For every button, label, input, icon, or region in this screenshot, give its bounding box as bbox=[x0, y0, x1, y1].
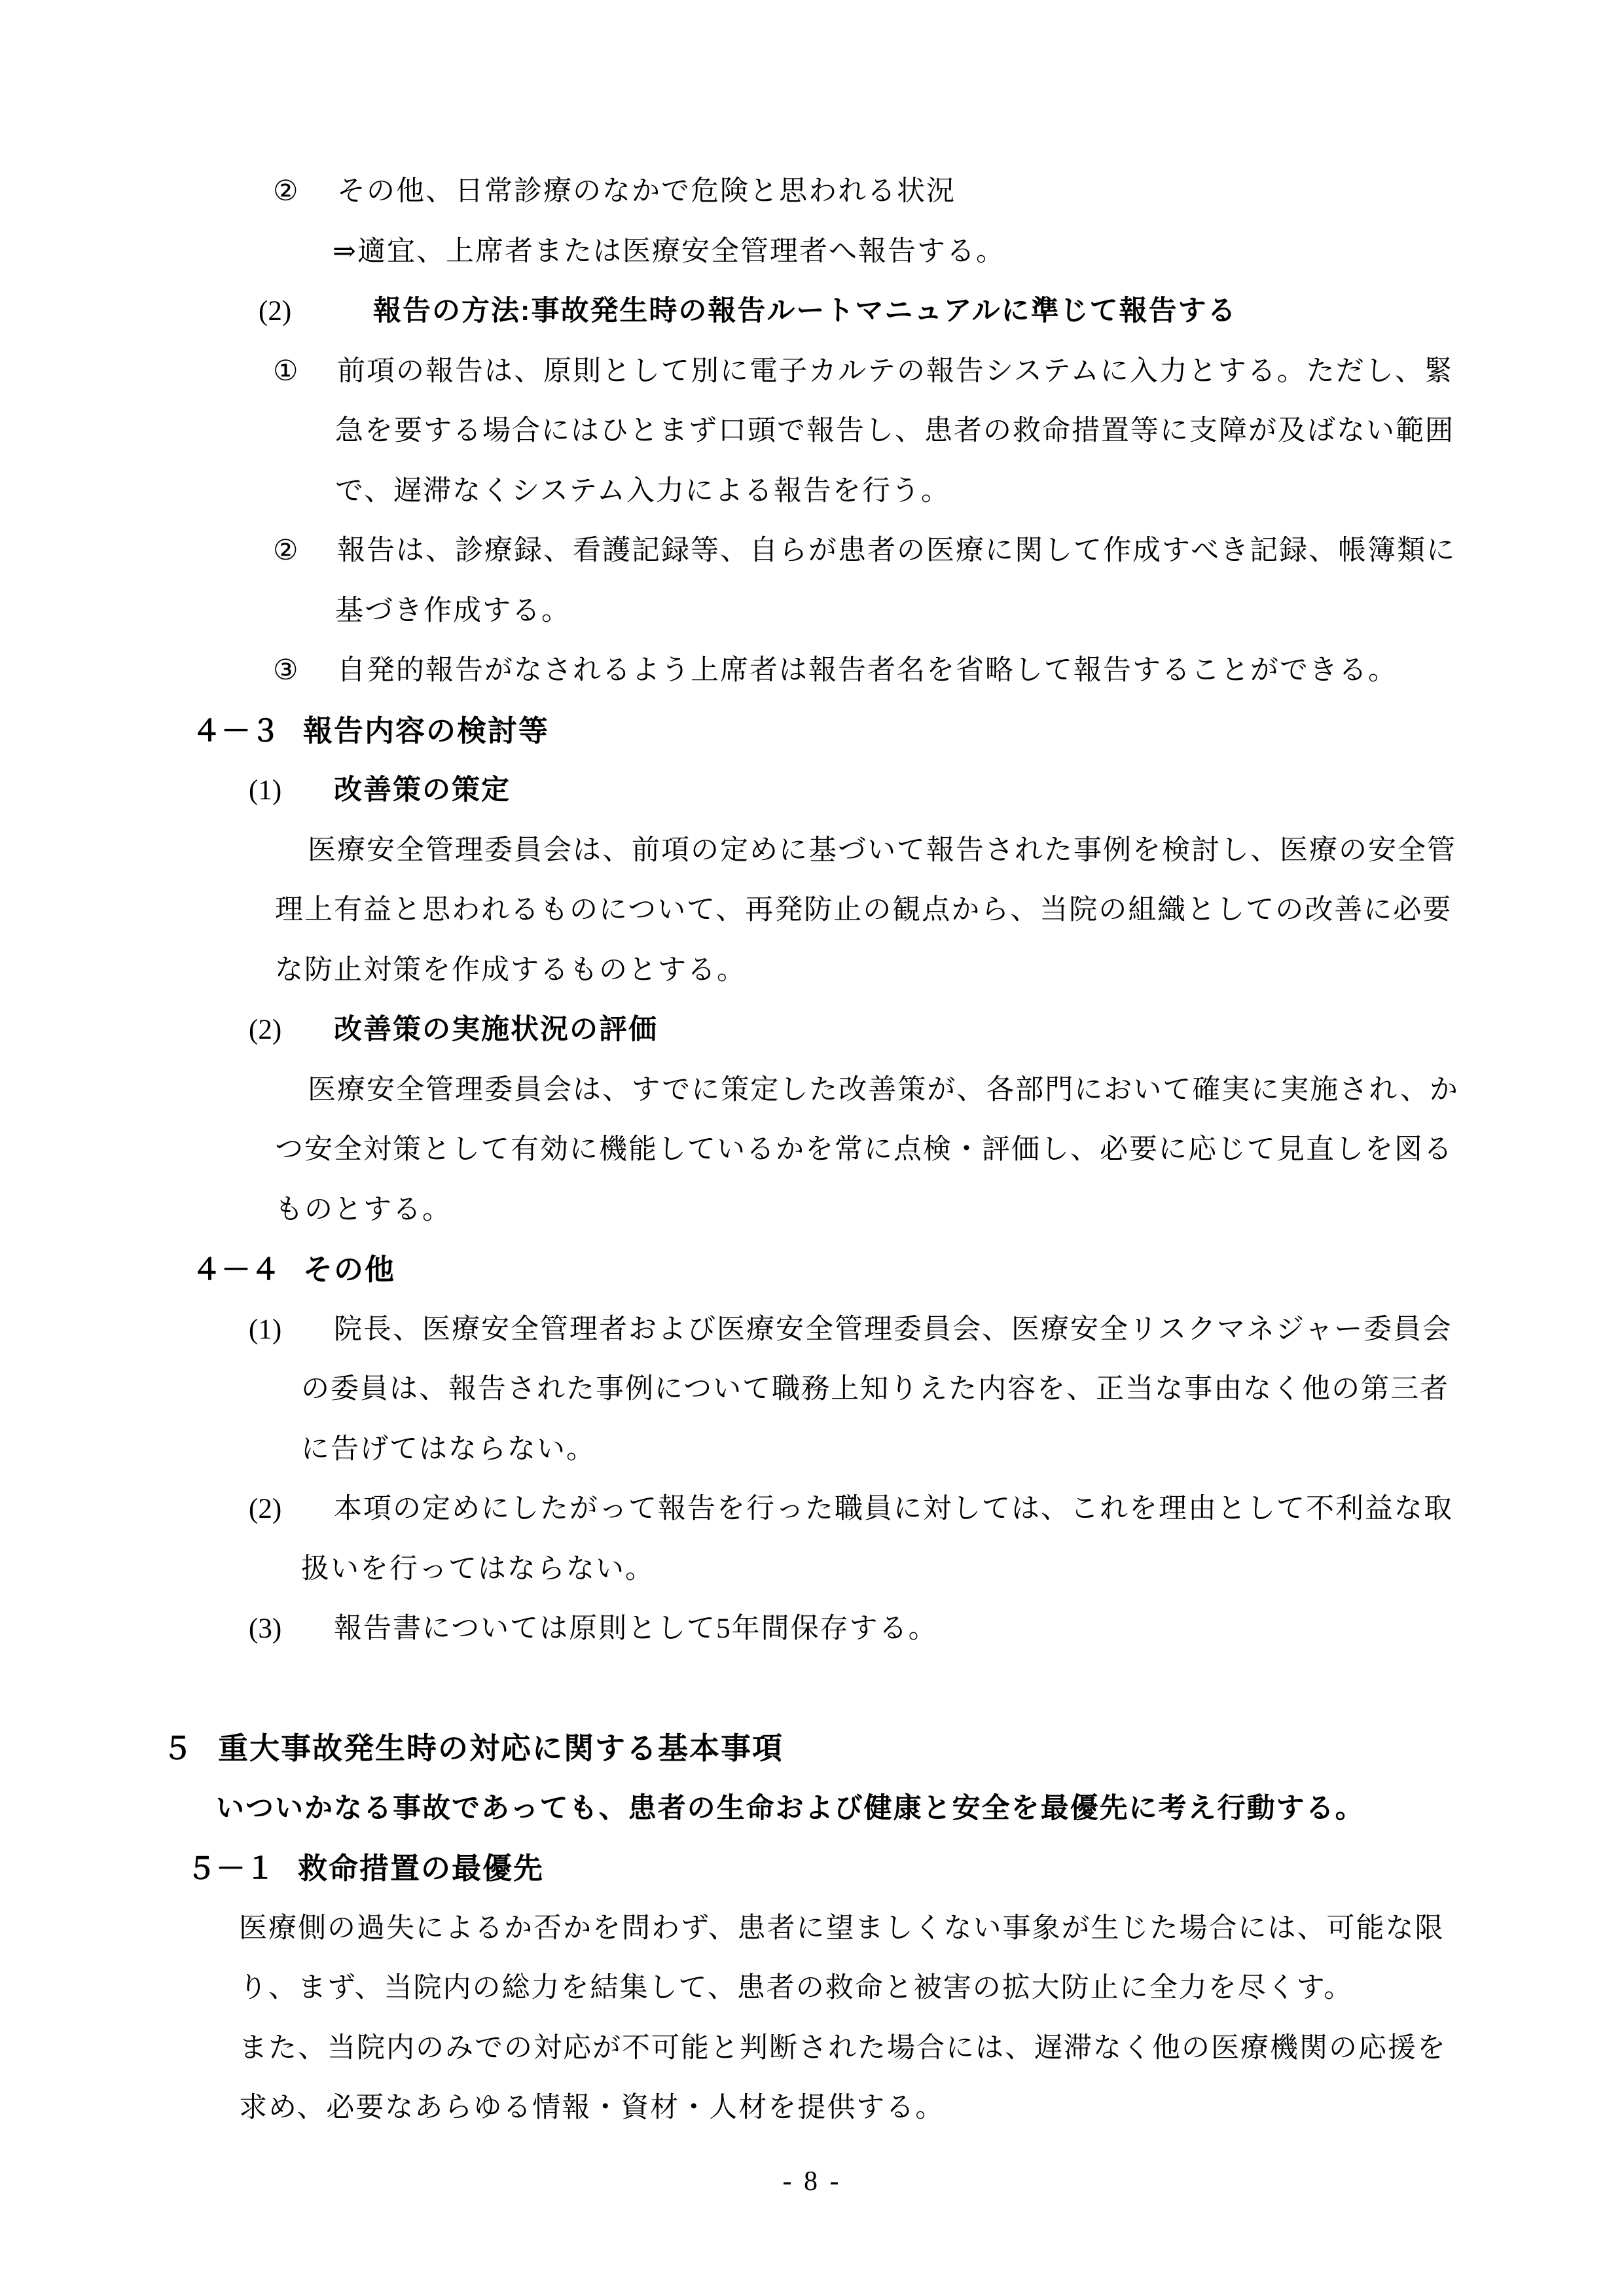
section-4-4-number: ４－４ bbox=[192, 1240, 303, 1300]
line-text: の委員は、報告された事例について職務上知りえた内容を、正当な事由なく他の第三者 bbox=[301, 1374, 1449, 1405]
line-text: 医療安全管理委員会は、すでに策定した改善策が、各部門において確実に実施され、か bbox=[308, 1075, 1459, 1105]
chapter-5-number: ５ bbox=[162, 1719, 218, 1779]
line-text: ⇒適宜、上席者または医療安全管理者へ報告する。 bbox=[333, 236, 1005, 267]
section-5-1-number: ５－１ bbox=[187, 1839, 298, 1899]
circled-2-marker: ② bbox=[273, 521, 337, 581]
chapter-5-title: 重大事故発生時の対応に関する基本事項 bbox=[218, 1731, 784, 1765]
circled-2-marker: ② bbox=[273, 162, 337, 222]
paragraph-evaluation-first: 医療安全管理委員会は、すでに策定した改善策が、各部門において確実に実施され、か bbox=[0, 1060, 1624, 1121]
item-2-report-method-heading: (2)報告の方法:事故発生時の報告ルートマニュアルに準じて報告する bbox=[0, 281, 1624, 342]
line-text: 改善策の策定 bbox=[334, 774, 511, 806]
line-text: 自発的報告がなされるよう上席者は報告者名を省略して報告することができる。 bbox=[337, 655, 1398, 686]
section-4-3-number: ４－３ bbox=[192, 701, 303, 761]
line-text: その他、日常診療のなかで危険と思われる状況 bbox=[337, 176, 956, 207]
item-1-confidentiality-cont-1: の委員は、報告された事例について職務上知りえた内容を、正当な事由なく他の第三者 bbox=[0, 1359, 1624, 1420]
line-text: 基づき作成する。 bbox=[335, 596, 571, 626]
item-1-confidentiality: (1)院長、医療安全管理者および医療安全管理委員会、医療安全リスクマネジャー委員… bbox=[0, 1300, 1624, 1360]
line-text: 急を要する場合にはひとまず口頭で報告し、患者の救命措置等に支障が及ばない範囲 bbox=[335, 416, 1454, 446]
line-text: 扱いを行ってはならない。 bbox=[301, 1554, 655, 1585]
item-1-confidentiality-cont-2: に告げてはならない。 bbox=[0, 1420, 1624, 1480]
line-text: り、まず、当院内の総力を結集して、患者の救命と被害の拡大防止に全力を尽くす。 bbox=[239, 1973, 1353, 2003]
line-text: 改善策の実施状況の評価 bbox=[334, 1014, 658, 1045]
item-2-no-disadvantage: (2)本項の定めにしたがって報告を行った職員に対しては、これを理由として不利益な… bbox=[0, 1479, 1624, 1539]
paragraph-5-1-line-1: 医療側の過失によるか否かを問わず、患者に望ましくない事象が生じた場合には、可能な… bbox=[0, 1899, 1624, 1959]
principle-statement: いついかなる事故であっても、患者の生命および健康と安全を最優先に考え行動する。 bbox=[0, 1779, 1624, 1839]
section-4-3-title: 報告内容の検討等 bbox=[303, 714, 549, 747]
paragraph-improvement-cont-2: な防止対策を作成するものとする。 bbox=[0, 941, 1624, 1001]
circled-item-2-records: ②報告は、診療録、看護記録等、自らが患者の医療に関して作成すべき記録、帳簿類に bbox=[0, 521, 1624, 581]
line-text: 医療側の過失によるか否かを問わず、患者に望ましくない事象が生じた場合には、可能な… bbox=[239, 1913, 1445, 1944]
line-text: つ安全対策として有効に機能しているかを常に点検・評価し、必要に応じて見直しを図る bbox=[275, 1134, 1453, 1165]
section-4-4-heading: ４－４その他 bbox=[0, 1240, 1624, 1300]
paragraph-evaluation-cont-1: つ安全対策として有効に機能しているかを常に点検・評価し、必要に応じて見直しを図る bbox=[0, 1120, 1624, 1180]
section-4-4-title: その他 bbox=[303, 1253, 395, 1286]
paren-1-marker: (1) bbox=[249, 761, 334, 821]
line-text: また、当院内のみでの対応が不可能と判断された場合には、遅滞なく他の医療機関の応援… bbox=[239, 2033, 1447, 2064]
line-text: 医療安全管理委員会は、前項の定めに基づいて報告された事例を検討し、医療の安全管 bbox=[308, 835, 1456, 866]
line-text: 理上有益と思われるものについて、再発防止の観点から、当院の組織としての改善に必要 bbox=[275, 895, 1452, 925]
paragraph-improvement-cont-1: 理上有益と思われるものについて、再発防止の観点から、当院の組織としての改善に必要 bbox=[0, 880, 1624, 941]
line-text: ものとする。 bbox=[275, 1194, 452, 1225]
paren-2-marker: (2) bbox=[259, 281, 373, 342]
line-text: 前項の報告は、原則として別に電子カルテの報告システムに入力とする。ただし、緊 bbox=[337, 356, 1454, 387]
section-5-1-heading: ５－１救命措置の最優先 bbox=[0, 1839, 1624, 1899]
line-text: 報告は、診療録、看護記録等、自らが患者の医療に関して作成すべき記録、帳簿類に bbox=[337, 535, 1456, 566]
circled-item-1-report-system: ①前項の報告は、原則として別に電子カルテの報告システムに入力とする。ただし、緊 bbox=[0, 342, 1624, 402]
line-text: に告げてはならない。 bbox=[301, 1434, 596, 1465]
line-text: な防止対策を作成するものとする。 bbox=[275, 955, 746, 986]
paragraph-5-1-line-2: り、まず、当院内の総力を結集して、患者の救命と被害の拡大防止に全力を尽くす。 bbox=[0, 1958, 1624, 2018]
page-number: - 8 - bbox=[0, 2152, 1624, 2212]
section-4-3-heading: ４－３報告内容の検討等 bbox=[0, 701, 1624, 761]
line-text: いついかなる事故であっても、患者の生命および健康と安全を最優先に考え行動する。 bbox=[216, 1793, 1365, 1824]
section-5-1-title: 救命措置の最優先 bbox=[298, 1852, 544, 1885]
paren-2-marker: (2) bbox=[249, 1000, 334, 1060]
paren-2-marker: (2) bbox=[249, 1479, 334, 1539]
document-text-block: ②その他、日常診療のなかで危険と思われる状況 ⇒適宜、上席者または医療安全管理者… bbox=[0, 162, 1624, 2138]
line-text: 報告の方法:事故発生時の報告ルートマニュアルに準じて報告する bbox=[373, 295, 1237, 327]
subitem-1-improvement-plan-heading: (1)改善策の策定 bbox=[0, 761, 1624, 821]
line-text: 本項の定めにしたがって報告を行った職員に対しては、これを理由として不利益な取 bbox=[334, 1494, 1453, 1524]
circled-3-marker: ③ bbox=[273, 641, 337, 701]
paren-1-marker: (1) bbox=[249, 1300, 334, 1360]
subitem-2-evaluation-heading: (2)改善策の実施状況の評価 bbox=[0, 1000, 1624, 1060]
circled-item-2-cont: 基づき作成する。 bbox=[0, 581, 1624, 641]
circled-item-1-cont-2: で、遅滞なくシステム入力による報告を行う。 bbox=[0, 461, 1624, 522]
section-gap bbox=[0, 1659, 1624, 1719]
paragraph-improvement-first: 医療安全管理委員会は、前項の定めに基づいて報告された事例を検討し、医療の安全管 bbox=[0, 821, 1624, 881]
paragraph-5-1-line-4: 求め、必要なあらゆる情報・資材・人材を提供する。 bbox=[0, 2078, 1624, 2138]
item-3-retention: (3)報告書については原則として5年間保存する。 bbox=[0, 1599, 1624, 1659]
chapter-5-heading: ５重大事故発生時の対応に関する基本事項 bbox=[0, 1719, 1624, 1779]
circled-1-marker: ① bbox=[273, 342, 337, 402]
item-2-no-disadvantage-cont: 扱いを行ってはならない。 bbox=[0, 1539, 1624, 1600]
paragraph-evaluation-cont-2: ものとする。 bbox=[0, 1180, 1624, 1240]
line-text: 求め、必要なあらゆる情報・資材・人材を提供する。 bbox=[239, 2092, 945, 2123]
paren-3-marker: (3) bbox=[249, 1599, 334, 1659]
circled-item-1-cont-1: 急を要する場合にはひとまず口頭で報告し、患者の救命措置等に支障が及ばない範囲 bbox=[0, 401, 1624, 461]
paragraph-5-1-line-3: また、当院内のみでの対応が不可能と判断された場合には、遅滞なく他の医療機関の応援… bbox=[0, 2018, 1624, 2079]
line-text: 院長、医療安全管理者および医療安全管理委員会、医療安全リスクマネジャー委員会 bbox=[334, 1314, 1452, 1345]
circled-item-3-anonymous: ③自発的報告がなされるよう上席者は報告者名を省略して報告することができる。 bbox=[0, 641, 1624, 701]
arrow-note-line: ⇒適宜、上席者または医療安全管理者へ報告する。 bbox=[0, 222, 1624, 282]
document-page: ②その他、日常診療のなかで危険と思われる状況 ⇒適宜、上席者または医療安全管理者… bbox=[0, 0, 1624, 2296]
line-text: 報告書については原則として5年間保存する。 bbox=[334, 1613, 938, 1644]
line-text: で、遅滞なくシステム入力による報告を行う。 bbox=[335, 476, 950, 507]
circled-item-2-daily-risk: ②その他、日常診療のなかで危険と思われる状況 bbox=[0, 162, 1624, 222]
